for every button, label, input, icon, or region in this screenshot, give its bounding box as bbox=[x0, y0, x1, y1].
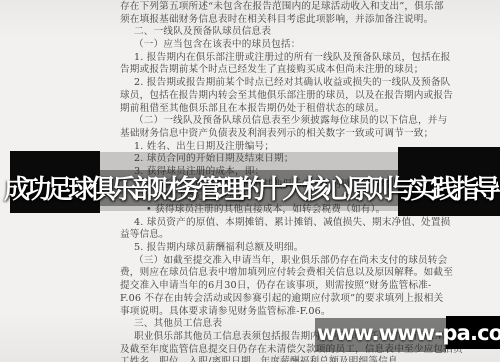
document-line: 2. 报告期或报告期前某个时点已经对其确认收益或损失的一线队及预备队 bbox=[120, 77, 464, 90]
document-line: （三）如截至提交准入申请当年，职业俱乐部仍存在尚未支付的球员转会 bbox=[120, 255, 464, 268]
document-line: 存在下列第五项所述“未包含在报告范围内的足球活动收入和支出”，俱乐部 bbox=[120, 1, 464, 14]
document-line: 期前租借至其他俱乐部且在本报告期仍处于租借状态的球员。 bbox=[120, 103, 464, 116]
document-line: 事项说明。具体要求请参见财务监管标准-F.06。 bbox=[120, 306, 464, 319]
document-line: 基础财务信息中资产负债表及利润表列示的相关数字一致或可调节一致； bbox=[120, 128, 464, 141]
document-line: 球员，包括在报告期内转会至其他俱乐部注册的球员，以及在报告期内或报告 bbox=[120, 90, 464, 103]
document-line: 须在填报基础财务信息表时在相关科目考虑此项影响，并添加备注说明。 bbox=[120, 14, 464, 27]
document-line: 提交准入申请当年的6月30日，仍存在该事项，则需按照“财务监管标准- bbox=[120, 280, 464, 293]
document-line: 费，则应在球员信息表中增加填列应付转会费相关信息以及原因解释。如截至 bbox=[120, 267, 464, 280]
document-line: 5. 报告期内球员薪酬福利总额及明细。 bbox=[120, 242, 464, 255]
watermark-url: www.www-pa.com bbox=[317, 321, 500, 345]
document-line: 二、一线队及预备队球员信息表 bbox=[120, 26, 464, 39]
document-line: 4. 球员资产的原值、本期摊销、累计摊销、减值损失、期末净值、处置损 bbox=[120, 217, 464, 230]
document-line: F.06 不存在由转会活动或因参赛引起的逾期应付款项”的要求填列上报相关 bbox=[120, 293, 464, 306]
document-line: 益等信息。 bbox=[120, 229, 464, 242]
document-line: 告期或报告期前某个时点已经发生了直接购买成本但尚未注册的球员； bbox=[120, 64, 464, 77]
document-line: 1. 报告期内在俱乐部注册或注册过的所有一线队及预备队球员，包括在报 bbox=[120, 52, 464, 65]
article-title: 成功足球俱乐部财务管理的十大核心原则与实践指导 bbox=[4, 169, 500, 206]
document-line: （一）应当包含在该表中的球员包括： bbox=[120, 39, 464, 52]
document-line: （二）一线队及预备队球员信息表至少须披露每位球员的以下信息，并与 bbox=[120, 115, 464, 128]
scanned-article-page: 存在下列第五项所述“未包含在报告范围内的足球活动收入和支出”，俱乐部须在填报基础… bbox=[0, 0, 500, 362]
document-line: 工姓名、职位、入职/离职日期、年度薪酬福利总额及明细等信息。 bbox=[120, 356, 464, 362]
